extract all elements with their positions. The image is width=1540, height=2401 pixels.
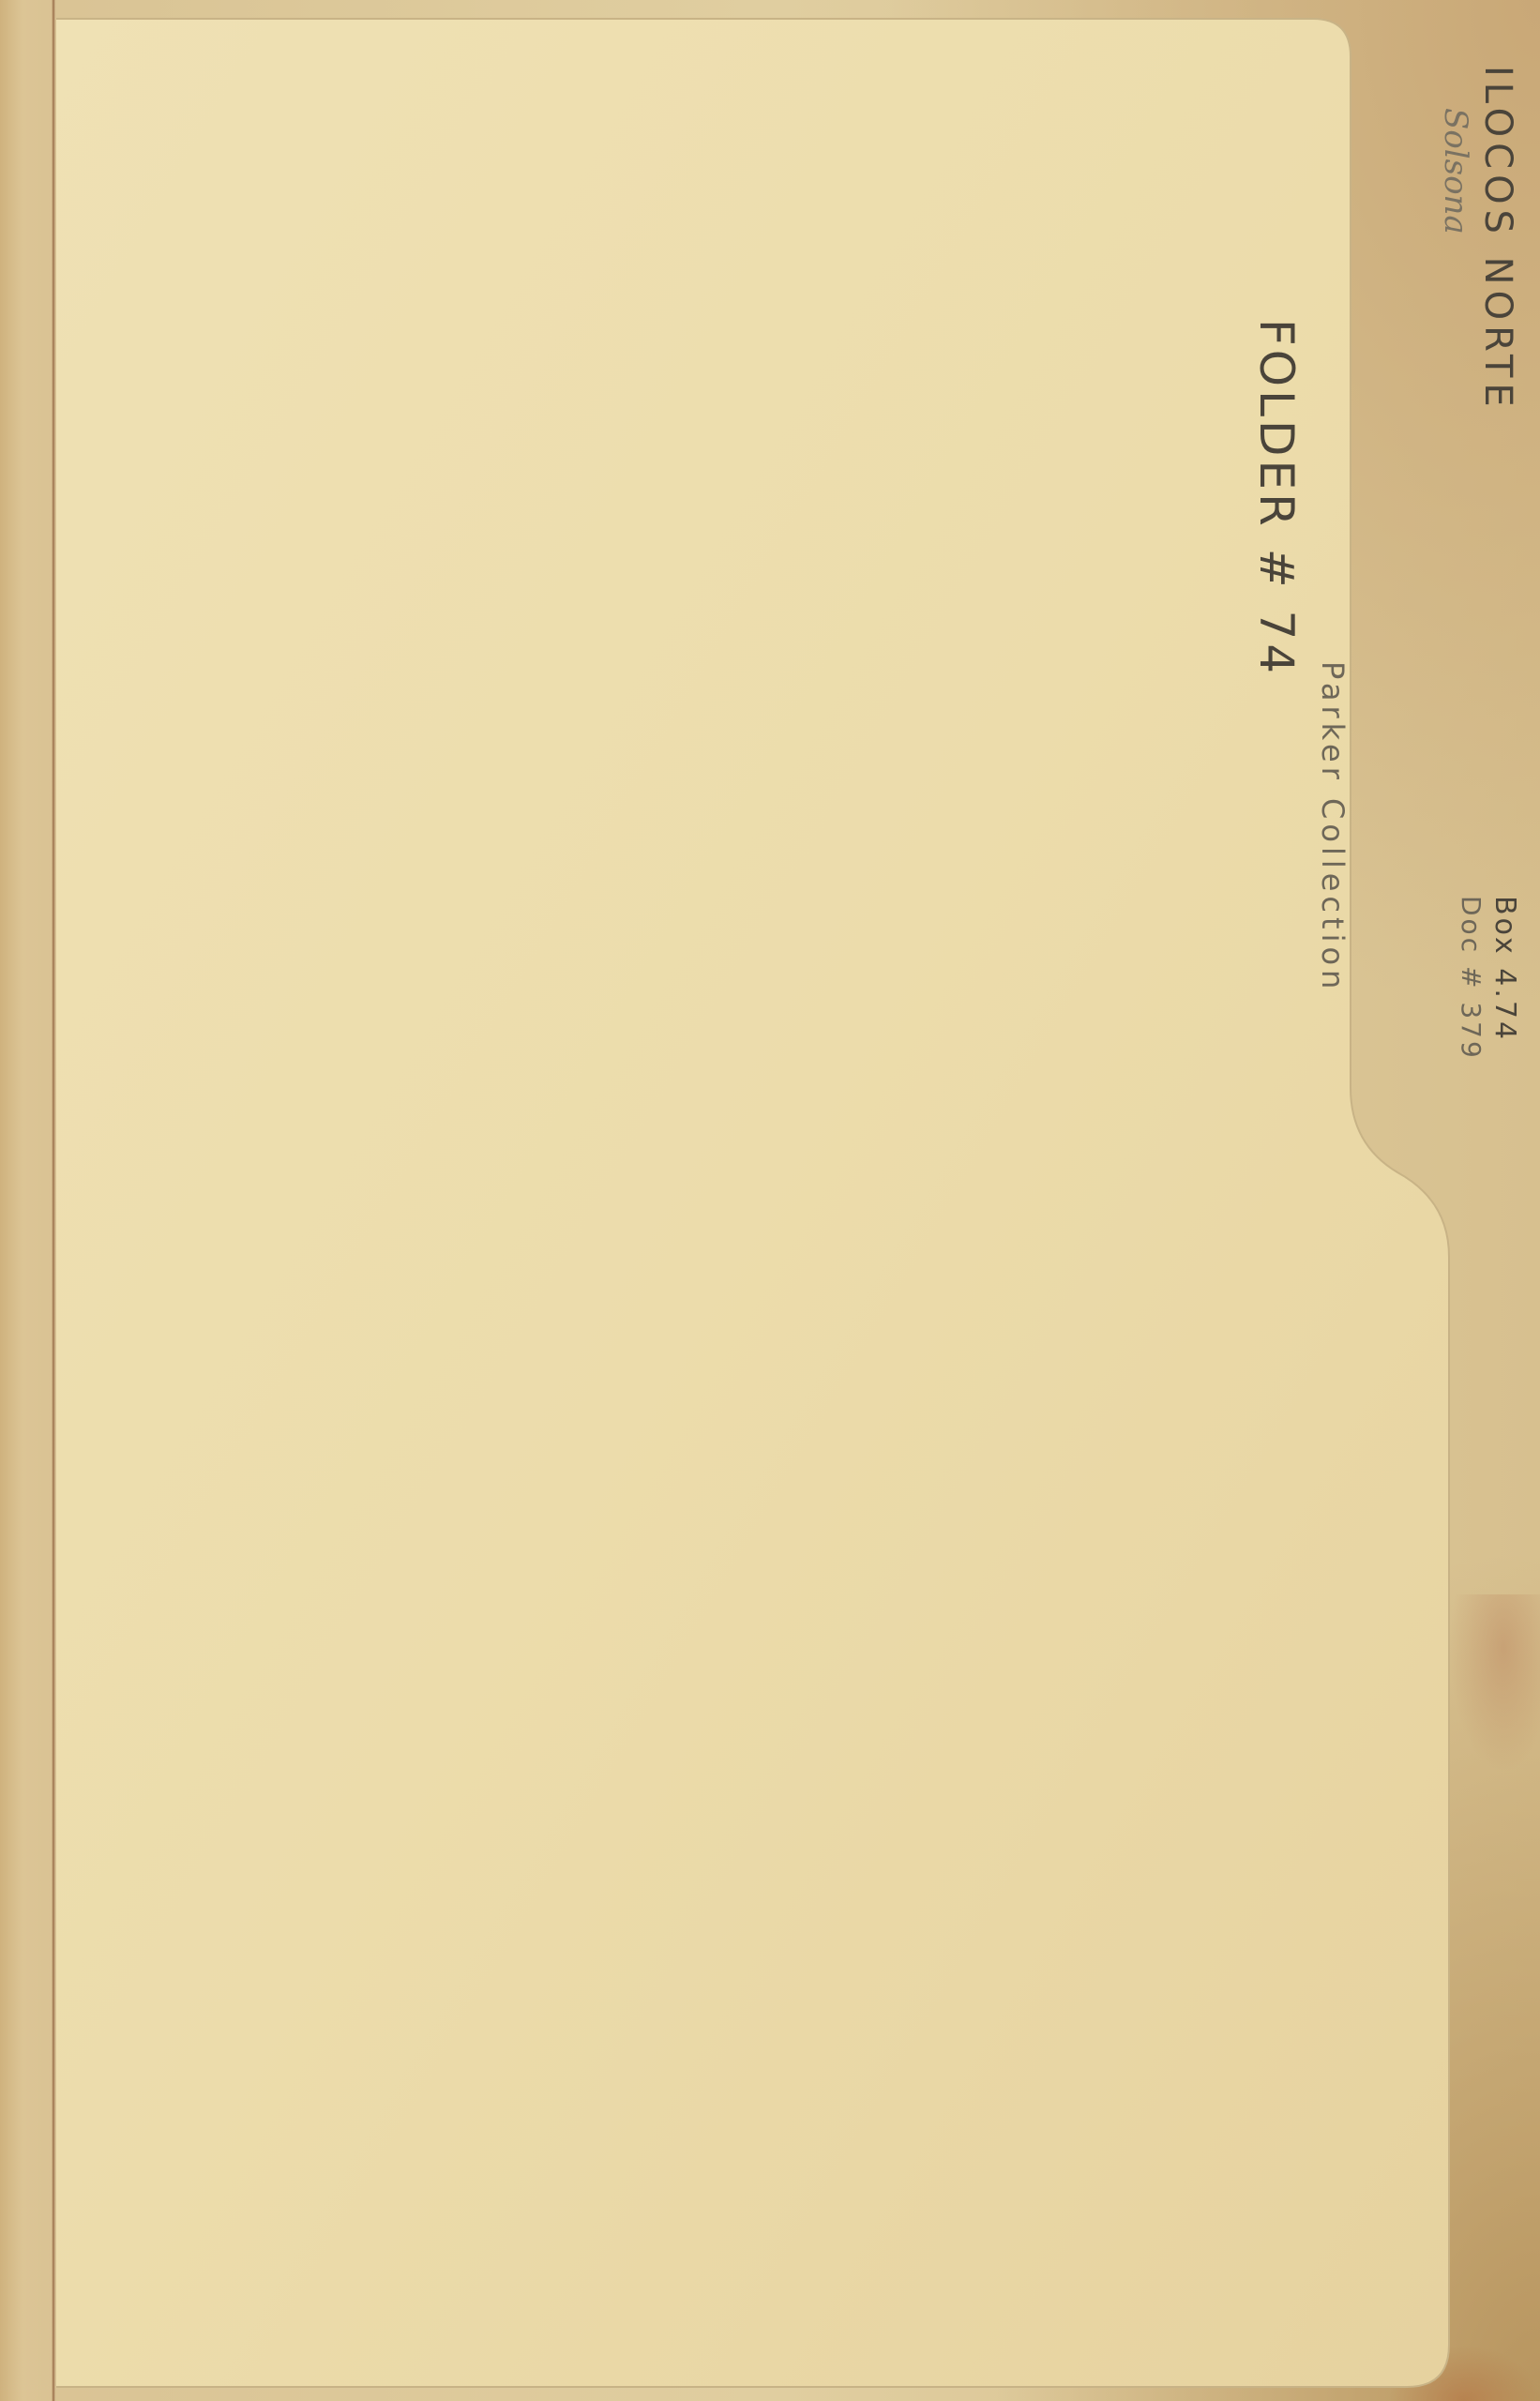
folder-front-panel [0,0,1540,2401]
doc-number-label: Doc # 379 [1456,896,1487,1061]
folder-number-label: FOLDER # 74 [1249,319,1304,677]
collection-label: Parker Collection [1315,661,1351,993]
spine-crease [52,0,55,2401]
town-annotation: Solsona [1437,108,1474,234]
folder-spine [0,0,56,2401]
region-annotation: ILOCOS NORTE [1476,66,1519,413]
box-number-label: Box 4.74 [1488,896,1521,1042]
